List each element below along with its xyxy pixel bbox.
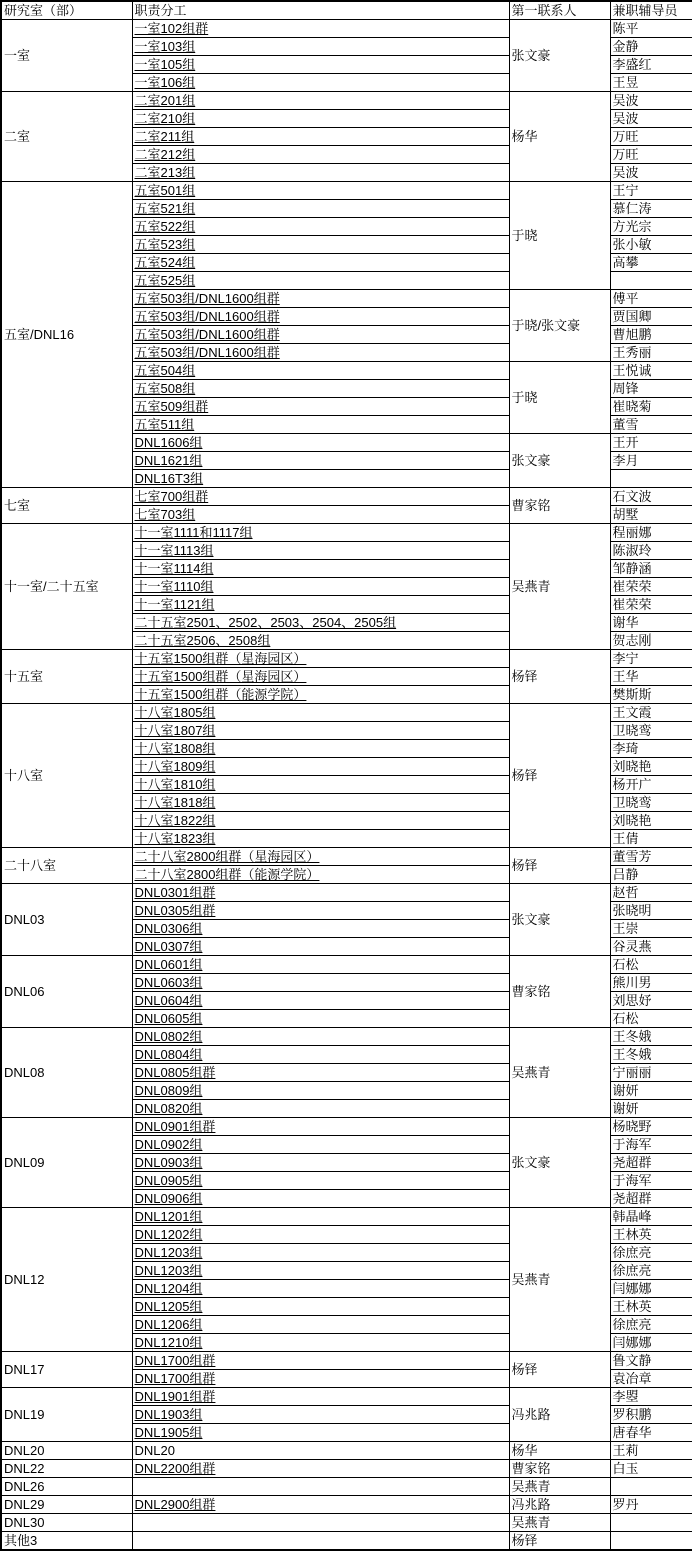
counselor-cell: 徐庶亮 — [610, 1244, 692, 1262]
duty-link[interactable]: 一室105组 — [135, 57, 196, 72]
room-cell: 七室 — [1, 488, 132, 524]
counselor-cell: 刘晓艳 — [610, 812, 692, 830]
counselor-cell: 张小敏 — [610, 236, 692, 254]
duty-link[interactable]: 二室201组 — [135, 93, 196, 108]
room-cell: 一室 — [1, 20, 132, 92]
column-header: 研究室（部） — [1, 1, 132, 20]
duty-cell: 十五室1500组群（星海园区） — [132, 668, 509, 686]
duty-link[interactable]: DNL0301组群 — [135, 885, 216, 900]
duty-cell: 十一室1121组 — [132, 596, 509, 614]
counselor-cell: 樊斯斯 — [610, 686, 692, 704]
duty-cell: 十八室1807组 — [132, 722, 509, 740]
counselor-cell: 王秀丽 — [610, 344, 692, 362]
duty-cell: 二十五室2501、2502、2503、2504、2505组 — [132, 614, 509, 632]
counselor-cell: 罗丹 — [610, 1496, 692, 1514]
counselor-cell: 杨晓野 — [610, 1118, 692, 1136]
duty-link[interactable]: 十五室1500组群（能源学院） — [135, 687, 307, 702]
duty-cell: DNL0906组 — [132, 1190, 509, 1208]
duty-cell: DNL0820组 — [132, 1100, 509, 1118]
column-header: 兼职辅导员 — [610, 1, 692, 20]
duty-cell: 二室211组 — [132, 128, 509, 146]
table-row: 五室/DNL16五室501组于晓王宁 — [1, 182, 692, 200]
duty-cell: 五室503组/DNL1600组群 — [132, 290, 509, 308]
contact-cell: 张文豪 — [509, 434, 610, 488]
duty-cell: 一室106组 — [132, 74, 509, 92]
room-cell: DNL22 — [1, 1460, 132, 1478]
duty-cell: DNL2900组群 — [132, 1496, 509, 1514]
duty-cell: 十一室1113组 — [132, 542, 509, 560]
duty-link[interactable]: 五室508组 — [135, 381, 196, 396]
duty-cell: DNL0804组 — [132, 1046, 509, 1064]
table-row: DNL06DNL0601组曹家铭石松 — [1, 956, 692, 974]
duty-link[interactable]: DNL1206组 — [135, 1317, 203, 1332]
contact-cell: 张文豪 — [509, 884, 610, 956]
duty-link[interactable]: DNL0305组群 — [135, 903, 216, 918]
counselor-cell: 程丽娜 — [610, 524, 692, 542]
duty-cell: 七室703组 — [132, 506, 509, 524]
counselor-cell: 白玉 — [610, 1460, 692, 1478]
counselor-cell: 于海军 — [610, 1136, 692, 1154]
duty-link[interactable]: DNL0905组 — [135, 1173, 203, 1188]
counselor-cell — [610, 272, 692, 290]
duty-cell: DNL0604组 — [132, 992, 509, 1010]
duty-link[interactable]: 七室703组 — [135, 507, 196, 522]
duty-link[interactable]: 十一室1113组 — [135, 543, 214, 558]
duty-cell: 五室525组 — [132, 272, 509, 290]
counselor-cell: 陈平 — [610, 20, 692, 38]
duty-link[interactable]: DNL1205组 — [135, 1299, 203, 1314]
duty-cell: 五室503组/DNL1600组群 — [132, 344, 509, 362]
duty-cell: 二十八室2800组群（星海园区） — [132, 848, 509, 866]
duty-link[interactable]: 五室523组 — [135, 237, 196, 252]
duty-cell: 五室503组/DNL1600组群 — [132, 308, 509, 326]
duty-link[interactable]: DNL0306组 — [135, 921, 203, 936]
duty-cell: DNL0301组群 — [132, 884, 509, 902]
contact-cell: 冯兆路 — [509, 1496, 610, 1514]
duty-cell: 十五室1500组群（星海园区） — [132, 650, 509, 668]
duty-cell: 一室103组 — [132, 38, 509, 56]
counselor-cell: 张晓明 — [610, 902, 692, 920]
duty-cell: 十一室1111和1117组 — [132, 524, 509, 542]
counselor-cell: 石松 — [610, 956, 692, 974]
duty-link[interactable]: 五室501组 — [135, 183, 196, 198]
duty-link[interactable]: 十八室1818组 — [135, 795, 216, 810]
counselor-cell: 崔晓菊 — [610, 398, 692, 416]
duty-text: DNL20 — [135, 1443, 175, 1458]
room-cell: DNL08 — [1, 1028, 132, 1118]
duty-cell: 五室522组 — [132, 218, 509, 236]
counselor-cell: 闫娜娜 — [610, 1280, 692, 1298]
duty-cell: DNL0306组 — [132, 920, 509, 938]
duty-cell: DNL1203组 — [132, 1262, 509, 1280]
contact-cell: 杨铎 — [509, 1532, 610, 1551]
duty-link[interactable]: DNL1903组 — [135, 1407, 203, 1422]
duty-link[interactable]: 五室504组 — [135, 363, 196, 378]
duty-cell: 十八室1822组 — [132, 812, 509, 830]
duty-roster-table: 研究室（部）职责分工第一联系人兼职辅导员 一室一室102组群张文豪陈平一室103… — [0, 0, 692, 1551]
duty-link[interactable]: DNL0603组 — [135, 975, 203, 990]
duty-cell: DNL0809组 — [132, 1082, 509, 1100]
table-row: 十八室十八室1805组杨铎王文霞 — [1, 704, 692, 722]
duty-link[interactable]: DNL2200组群 — [135, 1461, 216, 1476]
table-row: DNL19DNL1901组群冯兆路李曌 — [1, 1388, 692, 1406]
counselor-cell: 袁冶章 — [610, 1370, 692, 1388]
counselor-cell: 慕仁涛 — [610, 200, 692, 218]
duty-link[interactable]: DNL1201组 — [135, 1209, 203, 1224]
duty-link[interactable]: DNL0604组 — [135, 993, 203, 1008]
table-row: 二十八室二十八室2800组群（星海园区）杨铎董雪芳 — [1, 848, 692, 866]
duty-link[interactable]: DNL1203组 — [135, 1245, 203, 1260]
duty-link[interactable]: 二室212组 — [135, 147, 196, 162]
duty-link[interactable]: 十八室1823组 — [135, 831, 216, 846]
room-cell: DNL29 — [1, 1496, 132, 1514]
contact-cell: 杨铎 — [509, 1352, 610, 1388]
room-cell: 二十八室 — [1, 848, 132, 884]
counselor-cell: 金静 — [610, 38, 692, 56]
duty-link[interactable]: DNL1204组 — [135, 1281, 203, 1296]
duty-link[interactable]: DNL1606组 — [135, 435, 203, 450]
counselor-cell: 陈淑玲 — [610, 542, 692, 560]
duty-cell — [132, 1478, 509, 1496]
counselor-cell: 万旺 — [610, 146, 692, 164]
counselor-cell: 吴波 — [610, 110, 692, 128]
duty-link[interactable]: DNL0805组群 — [135, 1065, 216, 1080]
table-row: DNL17DNL1700组群杨铎鲁文静 — [1, 1352, 692, 1370]
counselor-cell: 王昱 — [610, 74, 692, 92]
contact-cell: 吴燕青 — [509, 1028, 610, 1118]
counselor-cell: 王华 — [610, 668, 692, 686]
duty-cell: DNL0305组群 — [132, 902, 509, 920]
table-row: DNL29DNL2900组群冯兆路罗丹 — [1, 1496, 692, 1514]
duty-cell: DNL0805组群 — [132, 1064, 509, 1082]
duty-link[interactable]: DNL0902组 — [135, 1137, 203, 1152]
counselor-cell: 万旺 — [610, 128, 692, 146]
duty-cell: DNL0901组群 — [132, 1118, 509, 1136]
counselor-cell: 董雪芳 — [610, 848, 692, 866]
counselor-cell: 王悦诚 — [610, 362, 692, 380]
counselor-cell: 徐庶亮 — [610, 1262, 692, 1280]
duty-link[interactable]: DNL0903组 — [135, 1155, 203, 1170]
table-row: 十一室/二十五室十一室1111和1117组吴燕青程丽娜 — [1, 524, 692, 542]
counselor-cell: 于海军 — [610, 1172, 692, 1190]
counselor-cell: 卫晓鸾 — [610, 722, 692, 740]
duty-link[interactable]: 十八室1809组 — [135, 759, 216, 774]
duty-cell: DNL0601组 — [132, 956, 509, 974]
duty-cell: DNL1903组 — [132, 1406, 509, 1424]
counselor-cell: 傅平 — [610, 290, 692, 308]
duty-link[interactable]: DNL1210组 — [135, 1335, 203, 1350]
duty-link[interactable]: 十五室1500组群（星海园区） — [135, 651, 307, 666]
duty-link[interactable]: 五室503组/DNL1600组群 — [135, 309, 280, 324]
duty-link[interactable]: 十五室1500组群（星海园区） — [135, 669, 307, 684]
duty-cell: 十八室1810组 — [132, 776, 509, 794]
duty-link[interactable]: DNL0601组 — [135, 957, 203, 972]
counselor-cell: 刘思妤 — [610, 992, 692, 1010]
duty-link[interactable]: 十八室1810组 — [135, 777, 216, 792]
duty-cell: DNL0902组 — [132, 1136, 509, 1154]
counselor-cell — [610, 1514, 692, 1532]
counselor-cell: 徐庶亮 — [610, 1316, 692, 1334]
counselor-cell: 尧超群 — [610, 1190, 692, 1208]
counselor-cell: 王林英 — [610, 1226, 692, 1244]
counselor-cell: 吕静 — [610, 866, 692, 884]
duty-cell: 十八室1818组 — [132, 794, 509, 812]
duty-cell: 五室503组/DNL1600组群 — [132, 326, 509, 344]
table-row: DNL26吴燕青 — [1, 1478, 692, 1496]
counselor-cell: 贺志刚 — [610, 632, 692, 650]
counselor-cell: 李盛红 — [610, 56, 692, 74]
duty-cell: 十一室1114组 — [132, 560, 509, 578]
header-row: 研究室（部）职责分工第一联系人兼职辅导员 — [1, 1, 692, 20]
duty-cell: DNL0307组 — [132, 938, 509, 956]
duty-cell — [132, 1514, 509, 1532]
counselor-cell: 闫娜娜 — [610, 1334, 692, 1352]
duty-cell: DNL0603组 — [132, 974, 509, 992]
table-row: 十五室十五室1500组群（星海园区）杨铎李宁 — [1, 650, 692, 668]
duty-link[interactable]: 五室521组 — [135, 201, 196, 216]
duty-link[interactable]: 二十八室2800组群（星海园区） — [135, 849, 320, 864]
room-cell: DNL06 — [1, 956, 132, 1028]
duty-cell: 十八室1809组 — [132, 758, 509, 776]
duty-cell: 二室201组 — [132, 92, 509, 110]
counselor-cell: 谢妍 — [610, 1100, 692, 1118]
duty-cell: DNL1205组 — [132, 1298, 509, 1316]
room-cell: 十五室 — [1, 650, 132, 704]
table-row: DNL12DNL1201组吴燕青韩晶峰 — [1, 1208, 692, 1226]
duty-cell: 五室523组 — [132, 236, 509, 254]
counselor-cell — [610, 1478, 692, 1496]
counselor-cell: 宁丽丽 — [610, 1064, 692, 1082]
duty-cell: DNL1905组 — [132, 1424, 509, 1442]
duty-link[interactable]: DNL1700组群 — [135, 1371, 216, 1386]
duty-link[interactable]: 二十五室2501、2502、2503、2504、2505组 — [135, 615, 397, 630]
counselor-cell: 周锋 — [610, 380, 692, 398]
duty-link[interactable]: 十八室1805组 — [135, 705, 216, 720]
duty-link[interactable]: DNL0605组 — [135, 1011, 203, 1026]
duty-link[interactable]: 二室213组 — [135, 165, 196, 180]
contact-cell: 曹家铭 — [509, 488, 610, 524]
table-row: DNL20DNL20杨华王莉 — [1, 1442, 692, 1460]
duty-cell: 一室102组群 — [132, 20, 509, 38]
duty-cell: 十八室1823组 — [132, 830, 509, 848]
contact-cell: 杨华 — [509, 92, 610, 182]
room-cell: 十一室/二十五室 — [1, 524, 132, 650]
duty-cell: DNL0605组 — [132, 1010, 509, 1028]
contact-cell: 杨铎 — [509, 650, 610, 704]
duty-cell: DNL2200组群 — [132, 1460, 509, 1478]
duty-link[interactable]: DNL0906组 — [135, 1191, 203, 1206]
contact-cell: 张文豪 — [509, 20, 610, 92]
duty-cell: 五室508组 — [132, 380, 509, 398]
contact-cell: 于晓/张文豪 — [509, 290, 610, 362]
contact-cell: 吴燕青 — [509, 1514, 610, 1532]
contact-cell: 吴燕青 — [509, 1478, 610, 1496]
counselor-cell: 崔荣荣 — [610, 578, 692, 596]
counselor-cell: 王倩 — [610, 830, 692, 848]
duty-link[interactable]: DNL2900组群 — [135, 1497, 216, 1512]
table-body: 一室一室102组群张文豪陈平一室103组金静一室105组李盛红一室106组王昱二… — [1, 20, 692, 1551]
duty-link[interactable]: 五室524组 — [135, 255, 196, 270]
counselor-cell: 王崇 — [610, 920, 692, 938]
duty-link[interactable]: 二十五室2506、2508组 — [135, 633, 271, 648]
counselor-cell: 王宁 — [610, 182, 692, 200]
room-cell: DNL12 — [1, 1208, 132, 1352]
column-header: 职责分工 — [132, 1, 509, 20]
duty-link[interactable]: 五室522组 — [135, 219, 196, 234]
duty-link[interactable]: DNL0820组 — [135, 1101, 203, 1116]
duty-link[interactable]: 十八室1807组 — [135, 723, 216, 738]
duty-cell: DNL1203组 — [132, 1244, 509, 1262]
duty-link[interactable]: 二室211组 — [135, 129, 195, 144]
counselor-cell: 熊川男 — [610, 974, 692, 992]
table-row: 一室一室102组群张文豪陈平 — [1, 20, 692, 38]
counselor-cell: 赵哲 — [610, 884, 692, 902]
counselor-cell: 王冬娥 — [610, 1028, 692, 1046]
duty-cell: DNL0802组 — [132, 1028, 509, 1046]
contact-cell: 于晓 — [509, 362, 610, 434]
counselor-cell: 尧超群 — [610, 1154, 692, 1172]
duty-cell: 十八室1808组 — [132, 740, 509, 758]
duty-cell: 二十八室2800组群（能源学院） — [132, 866, 509, 884]
duty-cell: DNL1201组 — [132, 1208, 509, 1226]
duty-link[interactable]: 十八室1808组 — [135, 741, 216, 756]
duty-cell: 五室509组群 — [132, 398, 509, 416]
counselor-cell: 李宁 — [610, 650, 692, 668]
duty-link[interactable]: 一室103组 — [135, 39, 196, 54]
duty-cell: DNL0903组 — [132, 1154, 509, 1172]
room-cell: 其他3 — [1, 1532, 132, 1551]
counselor-cell: 董雪 — [610, 416, 692, 434]
table-row: DNL08DNL0802组吴燕青王冬娥 — [1, 1028, 692, 1046]
duty-link[interactable]: DNL0307组 — [135, 939, 203, 954]
duty-link[interactable]: 五室503组/DNL1600组群 — [135, 327, 280, 342]
duty-link[interactable]: 五室503组/DNL1600组群 — [135, 345, 280, 360]
table-row: DNL22DNL2200组群曹家铭白玉 — [1, 1460, 692, 1478]
counselor-cell: 罗积鹏 — [610, 1406, 692, 1424]
table-row: 七室七室700组群曹家铭石文波 — [1, 488, 692, 506]
duty-cell: DNL1202组 — [132, 1226, 509, 1244]
duty-cell — [132, 1532, 509, 1551]
counselor-cell: 曹旭鹏 — [610, 326, 692, 344]
room-cell: 二室 — [1, 92, 132, 182]
counselor-cell — [610, 1532, 692, 1551]
room-cell: DNL20 — [1, 1442, 132, 1460]
room-cell: 五室/DNL16 — [1, 182, 132, 488]
duty-link[interactable]: 五室511组 — [135, 417, 195, 432]
duty-link[interactable]: 二室210组 — [135, 111, 196, 126]
duty-cell: DNL1206组 — [132, 1316, 509, 1334]
counselor-cell: 贾国卿 — [610, 308, 692, 326]
duty-link[interactable]: 十一室1111和1117组 — [135, 525, 253, 540]
duty-link[interactable]: DNL1203组 — [135, 1263, 203, 1278]
duty-cell: 二十五室2506、2508组 — [132, 632, 509, 650]
duty-cell: 十八室1805组 — [132, 704, 509, 722]
counselor-cell: 吴波 — [610, 164, 692, 182]
duty-link[interactable]: 二十八室2800组群（能源学院） — [135, 867, 320, 882]
duty-link[interactable]: 一室102组群 — [135, 21, 209, 36]
duty-link[interactable]: 一室106组 — [135, 75, 196, 90]
counselor-cell: 韩晶峰 — [610, 1208, 692, 1226]
counselor-cell: 鲁文静 — [610, 1352, 692, 1370]
duty-cell: 十一室1110组 — [132, 578, 509, 596]
contact-cell: 冯兆路 — [509, 1388, 610, 1442]
duty-cell: DNL1210组 — [132, 1334, 509, 1352]
duty-cell: DNL1204组 — [132, 1280, 509, 1298]
counselor-cell: 谷灵燕 — [610, 938, 692, 956]
room-cell: DNL09 — [1, 1118, 132, 1208]
counselor-cell: 杨开广 — [610, 776, 692, 794]
duty-link[interactable]: 七室700组群 — [135, 489, 209, 504]
duty-cell: DNL1700组群 — [132, 1370, 509, 1388]
contact-cell: 吴燕青 — [509, 524, 610, 650]
counselor-cell: 高攀 — [610, 254, 692, 272]
counselor-cell: 王文霞 — [610, 704, 692, 722]
counselor-cell: 石松 — [610, 1010, 692, 1028]
duty-link[interactable]: DNL0901组群 — [135, 1119, 216, 1134]
table-row: 其他3杨铎 — [1, 1532, 692, 1551]
duty-cell: 二室213组 — [132, 164, 509, 182]
counselor-cell: 李琦 — [610, 740, 692, 758]
contact-cell: 于晓 — [509, 182, 610, 290]
room-cell: DNL03 — [1, 884, 132, 956]
duty-cell: DNL0905组 — [132, 1172, 509, 1190]
duty-cell: DNL1621组 — [132, 452, 509, 470]
contact-cell: 张文豪 — [509, 1118, 610, 1208]
duty-cell: DNL1606组 — [132, 434, 509, 452]
duty-link[interactable]: 十一室1121组 — [135, 597, 215, 612]
counselor-cell: 邹静涵 — [610, 560, 692, 578]
room-cell: 十八室 — [1, 704, 132, 848]
contact-cell: 曹家铭 — [509, 1460, 610, 1478]
duty-link[interactable]: DNL0802组 — [135, 1029, 203, 1044]
counselor-cell: 李月 — [610, 452, 692, 470]
counselor-cell: 方光宗 — [610, 218, 692, 236]
counselor-cell — [610, 470, 692, 488]
duty-link[interactable]: 五室503组/DNL1600组群 — [135, 291, 280, 306]
duty-link[interactable]: DNL0809组 — [135, 1083, 203, 1098]
duty-link[interactable]: 十一室1110组 — [135, 579, 214, 594]
duty-link[interactable]: 十八室1822组 — [135, 813, 216, 828]
duty-link[interactable]: DNL0804组 — [135, 1047, 203, 1062]
table-row: 二室二室201组杨华吴波 — [1, 92, 692, 110]
duty-link[interactable]: 五室509组群 — [135, 399, 209, 414]
counselor-cell: 谢华 — [610, 614, 692, 632]
duty-link[interactable]: DNL16T3组 — [135, 471, 204, 486]
duty-link[interactable]: DNL1905组 — [135, 1425, 203, 1440]
duty-link[interactable]: DNL1901组群 — [135, 1389, 216, 1404]
duty-link[interactable]: 十一室1114组 — [135, 561, 214, 576]
duty-link[interactable]: DNL1700组群 — [135, 1353, 216, 1368]
duty-cell: 一室105组 — [132, 56, 509, 74]
duty-link[interactable]: DNL1202组 — [135, 1227, 203, 1242]
counselor-cell: 王莉 — [610, 1442, 692, 1460]
duty-cell: 五室501组 — [132, 182, 509, 200]
duty-cell: 二室212组 — [132, 146, 509, 164]
counselor-cell: 李曌 — [610, 1388, 692, 1406]
contact-cell: 杨华 — [509, 1442, 610, 1460]
counselor-cell: 唐春华 — [610, 1424, 692, 1442]
room-cell: DNL30 — [1, 1514, 132, 1532]
counselor-cell: 谢妍 — [610, 1082, 692, 1100]
duty-cell: 五室521组 — [132, 200, 509, 218]
counselor-cell: 刘晓艳 — [610, 758, 692, 776]
duty-link[interactable]: 五室525组 — [135, 273, 196, 288]
counselor-cell: 王开 — [610, 434, 692, 452]
duty-cell: 十五室1500组群（能源学院） — [132, 686, 509, 704]
duty-cell: 七室700组群 — [132, 488, 509, 506]
duty-cell: DNL20 — [132, 1442, 509, 1460]
duty-link[interactable]: DNL1621组 — [135, 453, 203, 468]
